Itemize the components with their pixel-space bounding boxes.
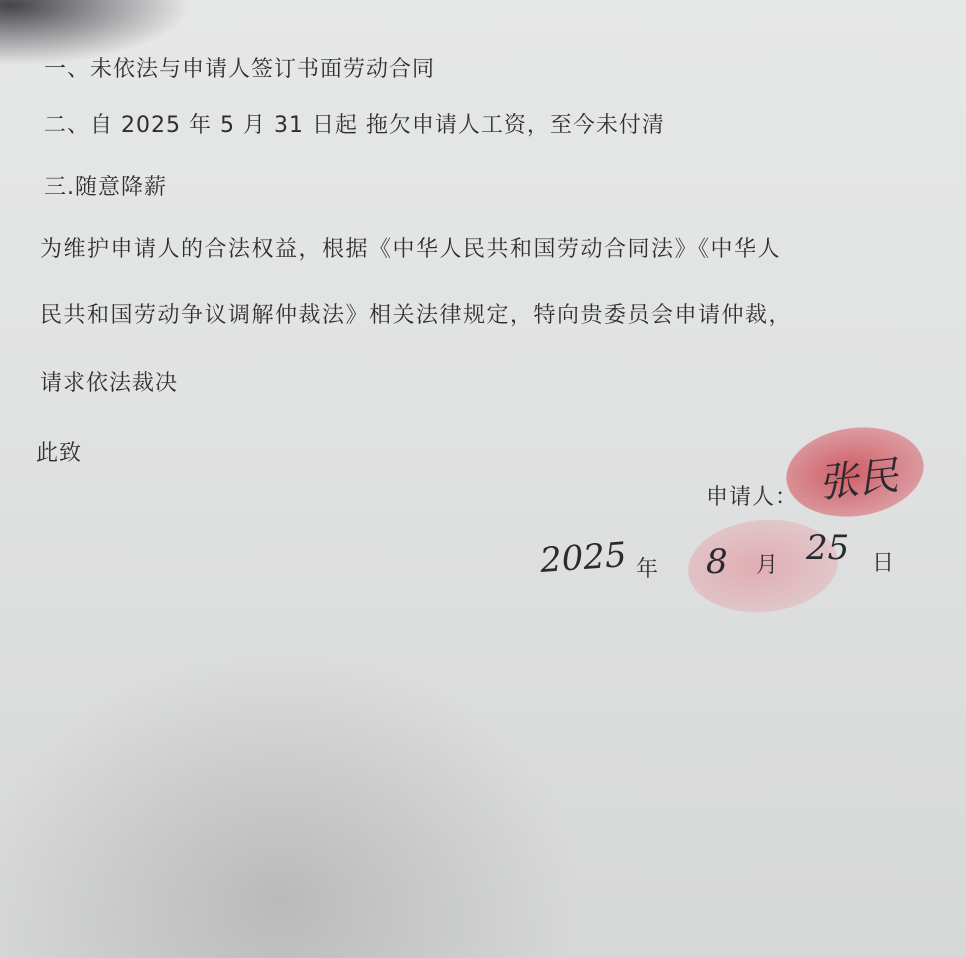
closing-text: 此致 — [36, 436, 82, 467]
date-day-handwritten: 25 — [806, 528, 849, 568]
paragraph-line-2: 民共和国劳动争议调解仲裁法》相关法律规定，特向贵委员会申请仲裁， — [40, 298, 792, 329]
date-month-handwritten: 8 — [706, 542, 728, 582]
applicant-label: 申请人： — [706, 480, 798, 511]
date-year-handwritten: 2025 — [539, 535, 628, 581]
date-day-label: 日 — [872, 546, 895, 577]
item-2: 二、自 2025 年 5 月 31 日起 拖欠申请人工资，至今未付清 — [44, 108, 665, 139]
date-year-label: 年 — [636, 552, 659, 583]
date-month-label: 月 — [756, 548, 779, 579]
paragraph-line-1: 为维护申请人的合法权益，根据《中华人民共和国劳动合同法》《中华人 — [40, 232, 781, 263]
applicant-signature: 张民 — [815, 444, 901, 509]
paragraph-line-3: 请求依法裁决 — [40, 366, 178, 397]
item-1: 一、未依法与申请人签订书面劳动合同 — [44, 52, 435, 83]
item-3: 三.随意降薪 — [44, 170, 167, 201]
